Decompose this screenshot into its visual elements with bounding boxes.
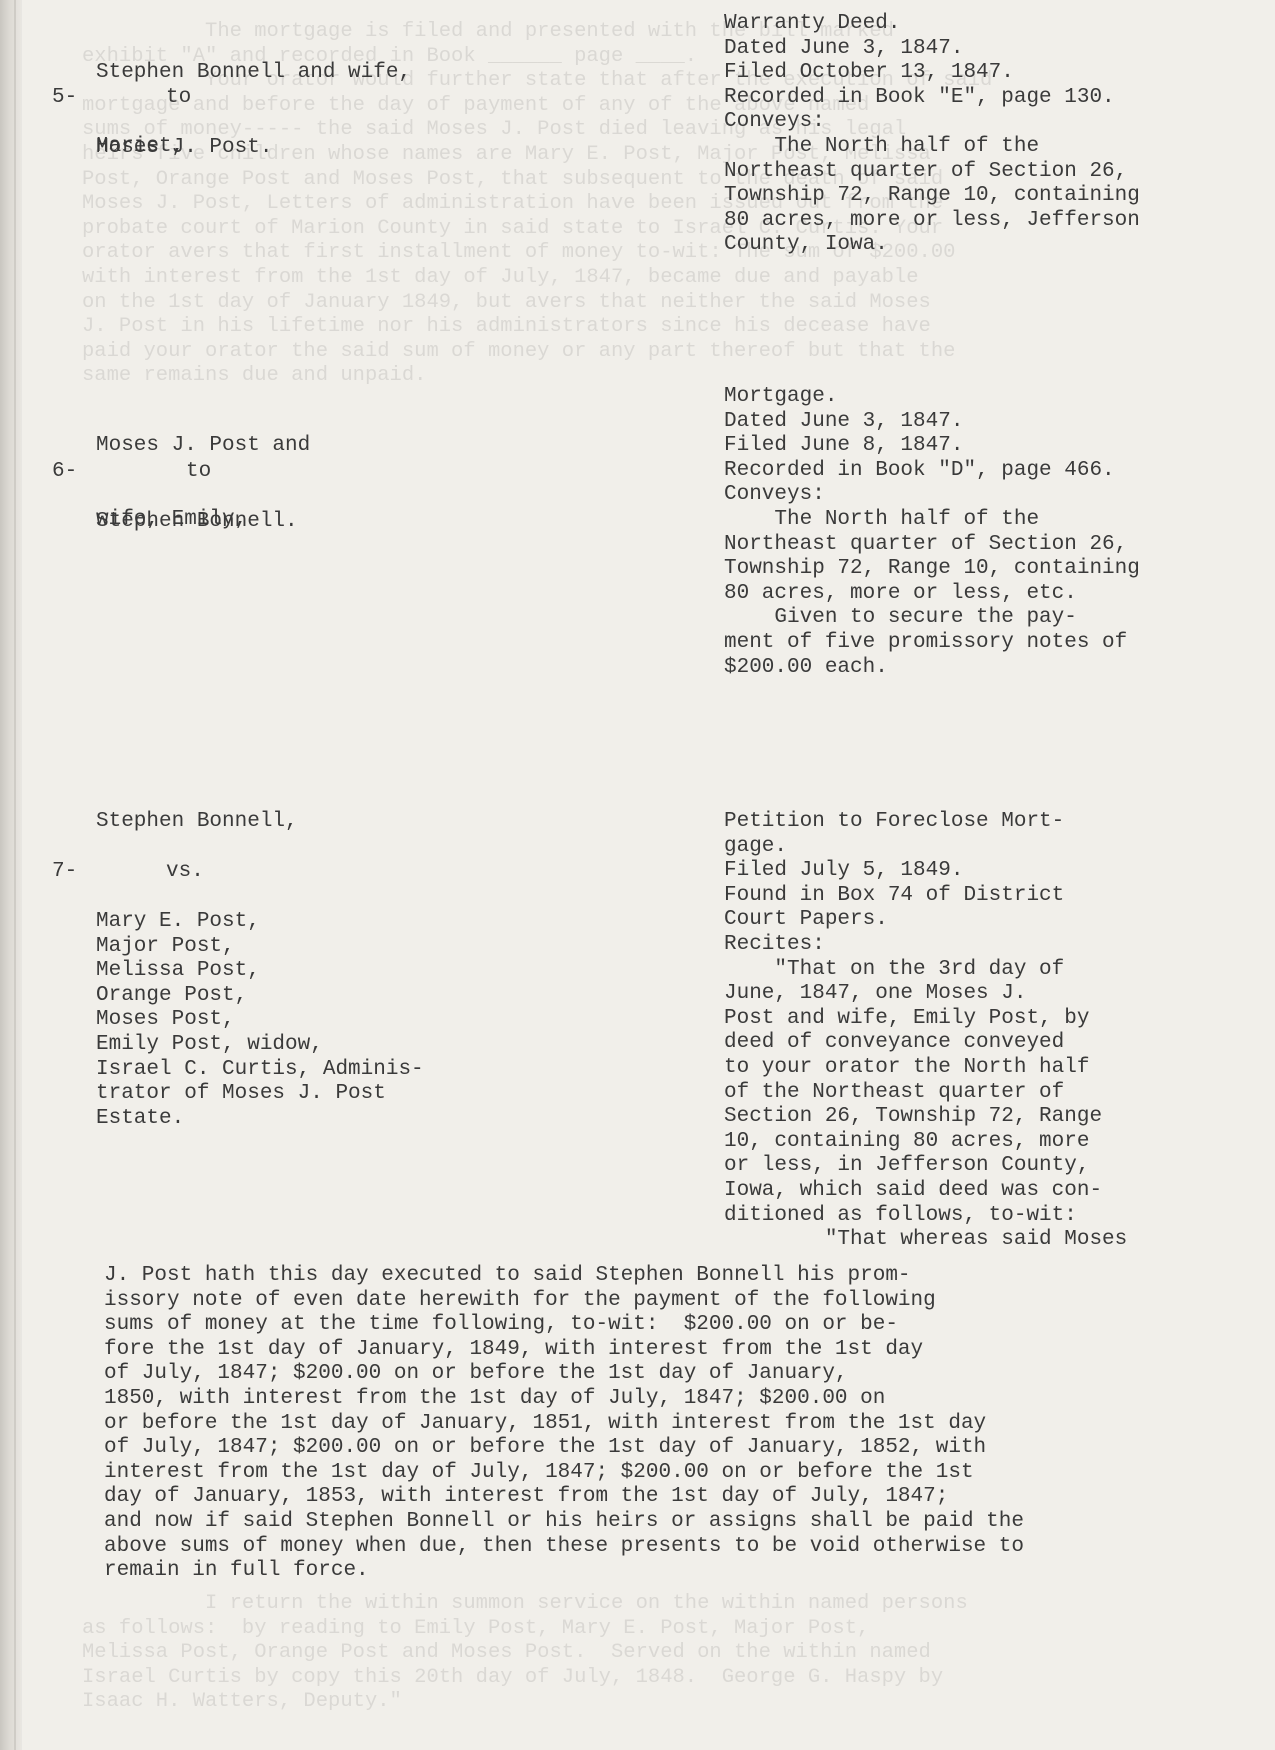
detail-line: deed of conveyance conveyed	[724, 1031, 1127, 1056]
detail-line: gage.	[724, 835, 1127, 860]
detail-line: Section 26, Township 72, Range	[724, 1105, 1127, 1130]
detail-line: Recorded in Book "D", page 466.	[724, 459, 1140, 484]
bleed-through-line: with interest from the 1st day of July, …	[82, 266, 1182, 291]
detail-line: Filed October 13, 1847.	[724, 61, 1140, 86]
bleed-through-line: Israel Curtis by copy this 20th day of J…	[82, 1666, 1182, 1691]
body-line: and now if said Stephen Bonnell or his h…	[104, 1510, 1024, 1535]
detail-line: Iowa, which said deed was con-	[724, 1179, 1127, 1204]
detail-line: 10, containing 80 acres, more	[724, 1130, 1127, 1155]
detail-line: Mortgage.	[724, 385, 1140, 410]
entry-7-continued-text: J. Post hath this day executed to said S…	[104, 1264, 1024, 1584]
entry-6-details: Mortgage.Dated June 3, 1847.Filed June 8…	[724, 385, 1140, 680]
grantor-line: Stephen Bonnell and wife,	[96, 61, 411, 86]
defendant-line: Israel C. Curtis, Adminis-	[96, 1058, 424, 1083]
connector-to: to	[96, 460, 211, 485]
bleed-through-line: I return the within summon service on th…	[82, 1592, 1182, 1617]
bleed-through-line: Isaac H. Watters, Deputy."	[82, 1690, 1182, 1715]
detail-line: 80 acres, more or less, etc.	[724, 582, 1140, 607]
body-line: remain in full force.	[104, 1559, 1024, 1584]
detail-line: 80 acres, more or less, Jefferson	[724, 209, 1140, 234]
detail-line: to your orator the North half	[724, 1056, 1127, 1081]
detail-line: The North half of the	[724, 508, 1140, 533]
detail-line: Petition to Foreclose Mort-	[724, 810, 1127, 835]
body-line: issory note of even date herewith for th…	[104, 1289, 1024, 1314]
body-line: sums of money at the time following, to-…	[104, 1313, 1024, 1338]
connector-to: to	[166, 86, 191, 111]
detail-line: ditioned as follows, to-wit:	[724, 1204, 1127, 1229]
grantee: Stephen Bonnell.	[96, 510, 298, 535]
page-binding-edge	[0, 0, 22, 1750]
plaintiff: Stephen Bonnell,	[96, 810, 298, 835]
detail-line: Township 72, Range 10, containing	[724, 184, 1140, 209]
defendant-line: Moses Post,	[96, 1008, 424, 1033]
detail-line: "That on the 3rd day of	[724, 958, 1127, 983]
grantor-line: Moses J. Post and	[96, 434, 310, 459]
detail-line: $200.00 each.	[724, 656, 1140, 681]
detail-line: Recites:	[724, 933, 1127, 958]
detail-line: Filed July 5, 1849.	[724, 859, 1127, 884]
connector-vs: vs.	[166, 860, 204, 885]
defendant-line: trator of Moses J. Post	[96, 1082, 424, 1107]
detail-line: Warranty Deed.	[724, 12, 1140, 37]
body-line: or before the 1st day of January, 1851, …	[104, 1412, 1024, 1437]
body-line: 1850, with interest from the 1st day of …	[104, 1387, 1024, 1412]
defendant-line: Orange Post,	[96, 984, 424, 1009]
entry-5-details: Warranty Deed.Dated June 3, 1847.Filed O…	[724, 12, 1140, 258]
body-line: interest from the 1st day of July, 1847;…	[104, 1461, 1024, 1486]
detail-line: or less, in Jefferson County,	[724, 1154, 1127, 1179]
bleed-through-line: as follows: by reading to Emily Post, Ma…	[82, 1617, 1182, 1642]
body-line: above sums of money when due, then these…	[104, 1535, 1024, 1560]
detail-line: Post and wife, Emily Post, by	[724, 1007, 1127, 1032]
entry-7-details: Petition to Foreclose Mort-gage.Filed Ju…	[724, 810, 1127, 1253]
body-line: of July, 1847; $200.00 on or before the …	[104, 1436, 1024, 1461]
detail-line: Northeast quarter of Section 26,	[724, 533, 1140, 558]
bleed-through-line: paid your orator the said sum of money o…	[82, 340, 1182, 365]
detail-line: of the Northeast quarter of	[724, 1081, 1127, 1106]
detail-line: County, Iowa.	[724, 233, 1140, 258]
detail-line: Northeast quarter of Section 26,	[724, 160, 1140, 185]
defendants-list: Mary E. Post,Major Post,Melissa Post,Ora…	[96, 910, 424, 1131]
detail-line: Dated June 3, 1847.	[724, 410, 1140, 435]
detail-line: Filed June 8, 1847.	[724, 434, 1140, 459]
body-line: day of January, 1853, with interest from…	[104, 1485, 1024, 1510]
entry-number: 7-	[52, 860, 77, 885]
detail-line: The North half of the	[724, 135, 1140, 160]
grantee: Moses J. Post.	[96, 136, 272, 161]
bleed-through-line: J. Post in his lifetime nor his administ…	[82, 315, 1182, 340]
entry-number: 6-	[52, 460, 77, 485]
detail-line: Given to secure the pay-	[724, 606, 1140, 631]
defendant-line: Melissa Post,	[96, 959, 424, 984]
detail-line: Conveys:	[724, 483, 1140, 508]
body-line: J. Post hath this day executed to said S…	[104, 1264, 1024, 1289]
detail-line: ment of five promissory notes of	[724, 631, 1140, 656]
defendant-line: Major Post,	[96, 935, 424, 960]
detail-line: Found in Box 74 of District	[724, 884, 1127, 909]
entry-5-grantors: Stephen Bonnell and wife, Hariet,	[96, 12, 411, 209]
detail-line: Dated June 3, 1847.	[724, 37, 1140, 62]
detail-line: Recorded in Book "E", page 130.	[724, 86, 1140, 111]
bleed-through-line: Melissa Post, Orange Post and Moses Post…	[82, 1641, 1182, 1666]
entry-number: 5-	[52, 86, 77, 111]
defendant-line: Mary E. Post,	[96, 910, 424, 935]
defendant-line: Emily Post, widow,	[96, 1033, 424, 1058]
defendant-line: Estate.	[96, 1107, 424, 1132]
bleed-through-footer: I return the within summon service on th…	[82, 1592, 1182, 1715]
detail-line: Township 72, Range 10, containing	[724, 557, 1140, 582]
detail-line: Court Papers.	[724, 908, 1127, 933]
detail-line: June, 1847, one Moses J.	[724, 982, 1127, 1007]
body-line: fore the 1st day of January, 1849, with …	[104, 1338, 1024, 1363]
detail-line: Conveys:	[724, 110, 1140, 135]
body-line: of July, 1847; $200.00 on or before the …	[104, 1362, 1024, 1387]
bleed-through-line: on the 1st day of January 1849, but aver…	[82, 291, 1182, 316]
detail-line: "That whereas said Moses	[724, 1228, 1127, 1253]
